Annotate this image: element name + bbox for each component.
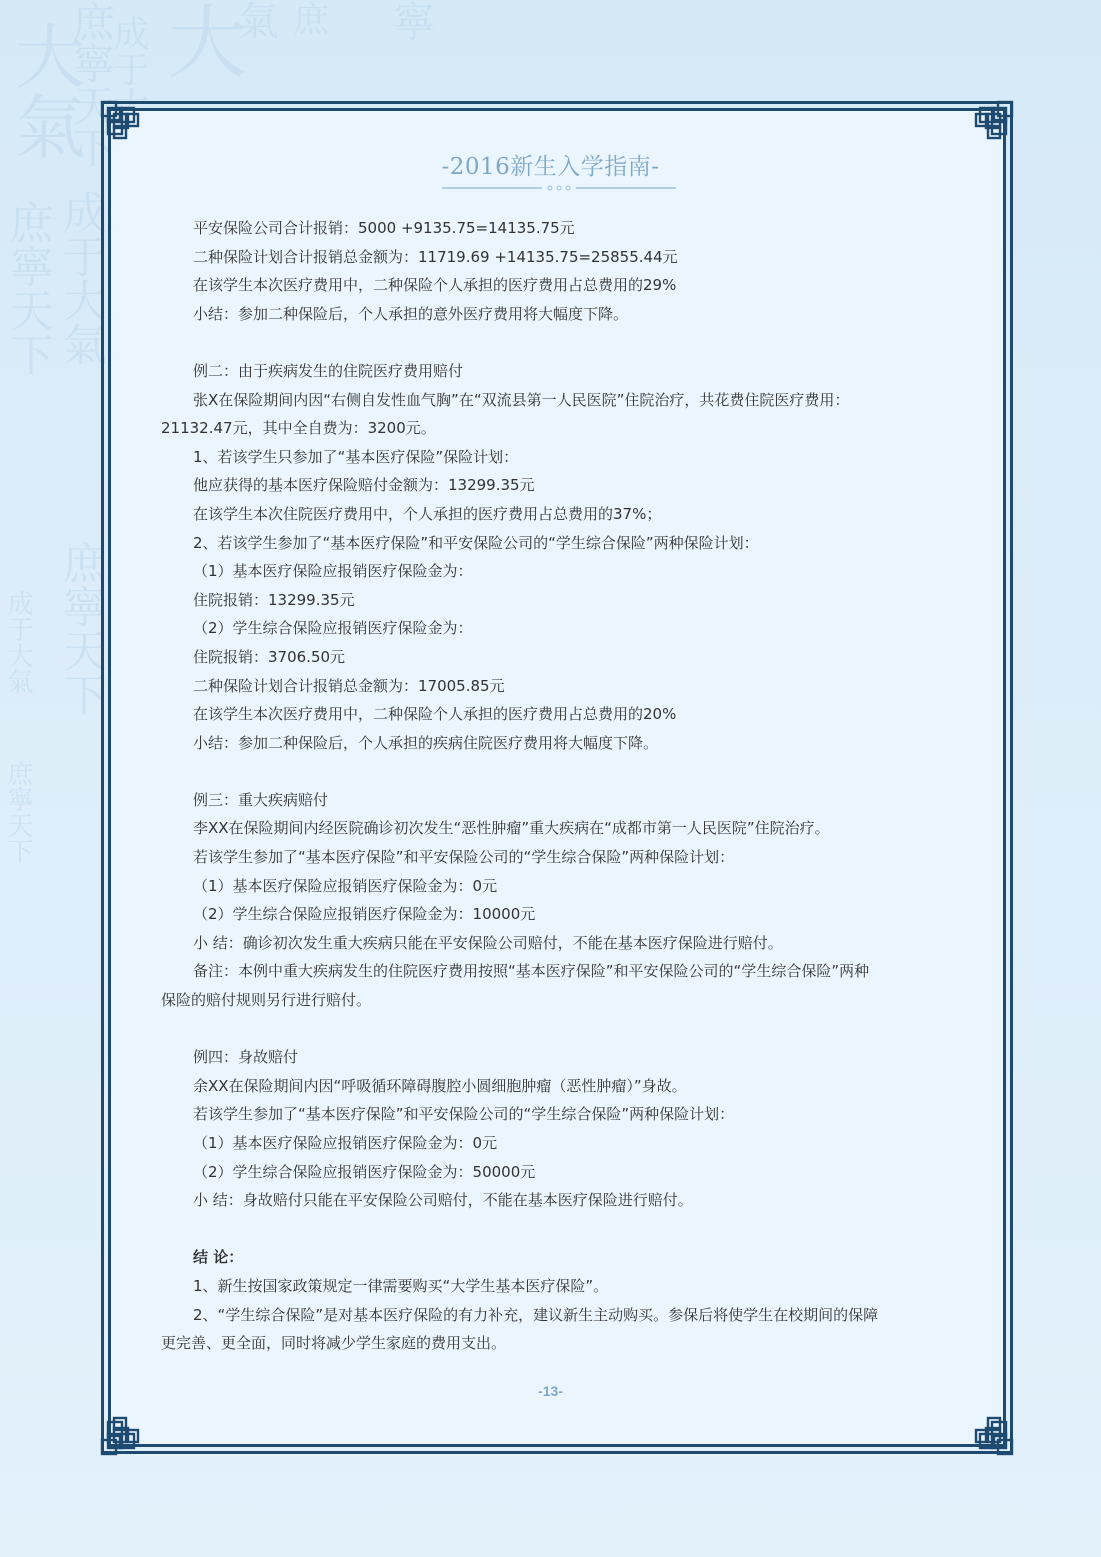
paragraph-line: 李XX在保险期间内经医院确诊初次发生“恶性肿瘤”重大疾病在“成都市第一人民医院”… — [161, 814, 961, 843]
paragraph-line: （1）基本医疗保险应报销医疗保险金为：0元 — [161, 1129, 961, 1158]
paragraph-line: 张X在保险期间内因“右侧自发性血气胸”在“双流县第一人民医院”住院治疗，共花费住… — [161, 386, 961, 415]
paragraph-line: （1）基本医疗保险应报销医疗保险金为： — [161, 557, 961, 586]
paragraph-line: 备注：本例中重大疾病发生的住院医疗费用按照“基本医疗保险”和平安保险公司的“学生… — [161, 957, 961, 986]
paragraph-line: 二种保险计划合计报销总金额为：17005.85元 — [161, 672, 961, 701]
corner-knot-icon — [972, 1414, 1014, 1456]
page-number: -13- — [0, 1383, 1101, 1399]
paragraph-line: 在该学生本次医疗费用中，二种保险个人承担的医疗费用占总费用的20% — [161, 700, 961, 729]
blank-line — [161, 757, 961, 786]
paragraph-line: 小结：参加二种保险后，个人承担的意外医疗费用将大幅度下降。 — [161, 300, 961, 329]
paragraph-line: 在该学生本次住院医疗费用中，个人承担的医疗费用占总费用的37%； — [161, 500, 961, 529]
corner-knot-icon — [100, 100, 142, 142]
paragraph-line: 平安保险公司合计报销：5000 +9135.75=14135.75元 — [161, 214, 961, 243]
paragraph-line: 例三：重大疾病赔付 — [161, 786, 961, 815]
paragraph-line: 1、新生按国家政策规定一律需要购买“大学生基本医疗保险”。 — [161, 1272, 961, 1301]
bg-glyph: 成于大氣 — [5, 590, 31, 694]
paragraph-line: 在该学生本次医疗费用中，二种保险个人承担的医疗费用占总费用的29% — [161, 271, 961, 300]
paragraph-line: 小结：参加二种保险后，个人承担的疾病住院医疗费用将大幅度下降。 — [161, 729, 961, 758]
corner-knot-icon — [972, 100, 1014, 142]
bg-glyph: 寧 — [390, 0, 432, 42]
bg-glyph: 大氣 — [10, 20, 80, 160]
paragraph-line: 保险的赔付规则另行进行赔付。 — [161, 986, 961, 1015]
paragraph-line: 1、若该学生只参加了“基本医疗保险”保险计划： — [161, 443, 961, 472]
blank-line — [161, 328, 961, 357]
blank-line — [161, 1015, 961, 1044]
paragraph-line: 小 结：身故赔付只能在平安保险公司赔付，不能在基本医疗保险进行赔付。 — [161, 1186, 961, 1215]
document-body: 平安保险公司合计报销：5000 +9135.75=14135.75元二种保险计划… — [161, 214, 961, 1358]
paragraph-line: 2、若该学生参加了“基本医疗保险”和平安保险公司的“学生综合保险”两种保险计划： — [161, 529, 961, 558]
header-ornament-icon — [442, 184, 676, 192]
page-title: -2016新生入学指南- — [0, 148, 1101, 181]
bg-glyph: 庶 — [290, 0, 326, 36]
paragraph-line: （2）学生综合保险应报销医疗保险金为：10000元 — [161, 900, 961, 929]
paragraph-line: 例四：身故赔付 — [161, 1043, 961, 1072]
paragraph-line: 余XX在保险期间内因“呼吸循环障碍腹腔小圆细胞肿瘤（恶性肿瘤）”身故。 — [161, 1072, 961, 1101]
paragraph-line: 小 结：确诊初次发生重大疾病只能在平安保险公司赔付，不能在基本医疗保险进行赔付。 — [161, 929, 961, 958]
corner-knot-icon — [100, 1414, 142, 1456]
paragraph-line: 若该学生参加了“基本医疗保险”和平安保险公司的“学生综合保险”两种保险计划： — [161, 1100, 961, 1129]
blank-line — [161, 1215, 961, 1244]
paragraph-line: （2）学生综合保险应报销医疗保险金为：50000元 — [161, 1158, 961, 1187]
section-heading: 结 论： — [161, 1243, 961, 1272]
paragraph-line: 若该学生参加了“基本医疗保险”和平安保险公司的“学生综合保险”两种保险计划： — [161, 843, 961, 872]
paragraph-line: 住院报销：13299.35元 — [161, 586, 961, 615]
paragraph-line: 二种保险计划合计报销总金额为：11719.69 +14135.75=25855.… — [161, 243, 961, 272]
page-header: -2016新生入学指南- — [0, 148, 1101, 181]
bg-glyph: 大 — [160, 0, 240, 80]
bg-glyph: 成于大氣 — [58, 190, 102, 366]
bg-glyph: 庶寧天下 — [5, 760, 31, 864]
paragraph-line: 21132.47元，其中全自费为：3200元。 — [161, 414, 961, 443]
paragraph-line: 他应获得的基本医疗保险赔付金额为：13299.35元 — [161, 471, 961, 500]
bg-glyph: 庶寧天下 — [5, 200, 49, 376]
paragraph-line: （2）学生综合保险应报销医疗保险金为： — [161, 614, 961, 643]
paragraph-line: 住院报销：3706.50元 — [161, 643, 961, 672]
bg-glyph: 庶寧天下 — [58, 540, 102, 716]
paragraph-line: 2、“学生综合保险”是对基本医疗保险的有力补充，建议新生主动购买。参保后将使学生… — [161, 1301, 961, 1330]
bg-glyph: 氣 — [235, 0, 275, 40]
paragraph-line: 更完善、更全面，同时将减少学生家庭的费用支出。 — [161, 1329, 961, 1358]
paragraph-line: 例二：由于疾病发生的住院医疗费用赔付 — [161, 357, 961, 386]
paragraph-line: （1）基本医疗保险应报销医疗保险金为：0元 — [161, 872, 961, 901]
